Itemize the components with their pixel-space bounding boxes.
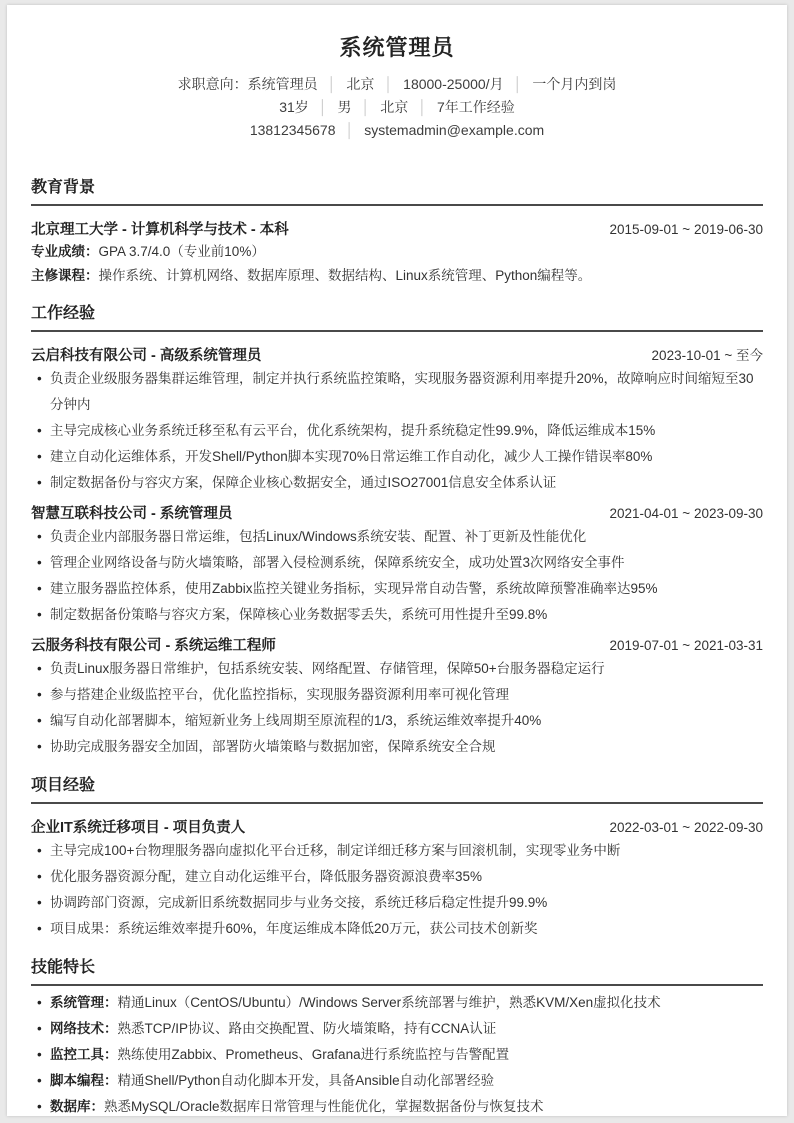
skill-label: 监控工具： [50, 1047, 118, 1062]
resume-title: 系统管理员 [31, 33, 763, 63]
bullet-item: 建立自动化运维体系，开发Shell/Python脚本实现70%日常运维工作自动化… [31, 444, 763, 470]
separator-bar: │ [319, 99, 328, 115]
entry-date-range: 2021-04-01 ~ 2023-09-30 [610, 504, 764, 524]
intent-item: 系统管理员 [248, 76, 318, 92]
bullet-item: 系统管理：精通Linux（CentOS/Ubuntu）/Windows Serv… [31, 990, 763, 1016]
contact-item: systemadmin@example.com [364, 122, 544, 138]
bullet-item: 负责企业级服务器集群运维管理，制定并执行系统监控策略，实现服务器资源利用率提升2… [31, 366, 763, 418]
info-item: 31岁 [279, 99, 309, 115]
bullet-item: 协助完成服务器安全加固，部署防火墙策略与数据加密，保障系统安全合规 [31, 734, 763, 760]
bullet-item: 优化服务器资源分配，建立自动化运维平台，降低服务器资源浪费率35% [31, 864, 763, 890]
bullet-list: 主导完成100+台物理服务器向虚拟化平台迁移，制定详细迁移方案与回滚机制，实现零… [31, 838, 763, 942]
entry: 企业IT系统迁移项目 - 项目负责人2022-03-01 ~ 2022-09-3… [31, 818, 763, 942]
bullet-item: 管理企业网络设备与防火墙策略，部署入侵检测系统，保障系统安全，成功处置3次网络安… [31, 550, 763, 576]
section-work-experience: 工作经验云启科技有限公司 - 高级系统管理员2023-10-01 ~ 至今负责企… [31, 304, 763, 760]
contact-item: 13812345678 [250, 122, 336, 138]
personal-info-line: 31岁│男│北京│7年工作经验 [31, 96, 763, 119]
separator-bar: │ [384, 76, 393, 92]
skill-label: 系统管理： [50, 995, 118, 1010]
bullet-item: 网络技术：熟悉TCP/IP协议、路由交换配置、防火墙策略，持有CCNA认证 [31, 1016, 763, 1042]
entry: 云启科技有限公司 - 高级系统管理员2023-10-01 ~ 至今负责企业级服务… [31, 346, 763, 496]
entry: 北京理工大学 - 计算机科学与技术 - 本科2015-09-01 ~ 2019-… [31, 220, 763, 288]
entry-title: 云启科技有限公司 - 高级系统管理员 [31, 346, 261, 366]
skill-label: 网络技术： [50, 1021, 118, 1036]
bullet-list: 负责企业内部服务器日常运维，包括Linux/Windows系统安装、配置、补丁更… [31, 524, 763, 628]
entry-date-range: 2015-09-01 ~ 2019-06-30 [610, 220, 764, 240]
detail-text: GPA 3.7/4.0（专业前10%） [99, 244, 265, 259]
bullet-item: 主导完成100+台物理服务器向虚拟化平台迁移，制定详细迁移方案与回滚机制，实现零… [31, 838, 763, 864]
section-project-experience: 项目经验企业IT系统迁移项目 - 项目负责人2022-03-01 ~ 2022-… [31, 776, 763, 942]
info-item: 7年工作经验 [437, 99, 515, 115]
bullet-list: 负责企业级服务器集群运维管理，制定并执行系统监控策略，实现服务器资源利用率提升2… [31, 366, 763, 496]
skill-text: 熟练使用Zabbix、Prometheus、Grafana进行系统监控与告警配置 [118, 1047, 510, 1062]
intent-item: 北京 [346, 76, 374, 92]
separator-bar: │ [514, 76, 523, 92]
bullet-list: 负责Linux服务器日常维护，包括系统安装、网络配置、存储管理，保障50+台服务… [31, 656, 763, 760]
skill-text: 熟悉MySQL/Oracle数据库日常管理与性能优化，掌握数据备份与恢复技术 [104, 1099, 544, 1114]
intent-item: 18000-25000/月 [403, 76, 503, 92]
entry: 系统管理：精通Linux（CentOS/Ubuntu）/Windows Serv… [31, 990, 763, 1116]
bullet-item: 主导完成核心业务系统迁移至私有云平台，优化系统架构，提升系统稳定性99.9%，降… [31, 418, 763, 444]
separator-bar: │ [328, 76, 337, 92]
separator-bar: │ [418, 99, 427, 115]
resume-page: 系统管理员 求职意向：系统管理员│北京│18000-25000/月│一个月内到岗… [7, 5, 787, 1116]
entry-date-range: 2023-10-01 ~ 至今 [652, 346, 763, 366]
section-title: 技能特长 [31, 958, 763, 986]
contact-line: 13812345678│systemadmin@example.com [31, 119, 763, 142]
entry-header: 企业IT系统迁移项目 - 项目负责人2022-03-01 ~ 2022-09-3… [31, 818, 763, 838]
bullet-item: 项目成果：系统运维效率提升60%，年度运维成本降低20万元，获公司技术创新奖 [31, 916, 763, 942]
bullet-item: 建立服务器监控体系，使用Zabbix监控关键业务指标，实现异常自动告警，系统故障… [31, 576, 763, 602]
entry-title: 智慧互联科技公司 - 系统管理员 [31, 504, 232, 524]
entry: 智慧互联科技公司 - 系统管理员2021-04-01 ~ 2023-09-30负… [31, 504, 763, 628]
bullet-item: 脚本编程：精通Shell/Python自动化脚本开发，具备Ansible自动化部… [31, 1068, 763, 1094]
entry-title: 企业IT系统迁移项目 - 项目负责人 [31, 818, 245, 838]
detail-label: 专业成绩： [31, 244, 99, 259]
bullet-item: 数据库：熟悉MySQL/Oracle数据库日常管理与性能优化，掌握数据备份与恢复… [31, 1094, 763, 1116]
detail-text: 操作系统、计算机网络、数据库原理、数据结构、Linux系统管理、Python编程… [99, 268, 592, 283]
separator-bar: │ [345, 122, 354, 138]
entry-title: 云服务科技有限公司 - 系统运维工程师 [31, 636, 276, 656]
bullet-item: 负责企业内部服务器日常运维，包括Linux/Windows系统安装、配置、补丁更… [31, 524, 763, 550]
entry: 云服务科技有限公司 - 系统运维工程师2019-07-01 ~ 2021-03-… [31, 636, 763, 760]
job-intent-line: 求职意向：系统管理员│北京│18000-25000/月│一个月内到岗 [31, 73, 763, 96]
entry-detail: 专业成绩：GPA 3.7/4.0（专业前10%） [31, 240, 763, 264]
entry-detail: 主修课程：操作系统、计算机网络、数据库原理、数据结构、Linux系统管理、Pyt… [31, 264, 763, 288]
skill-text: 精通Linux（CentOS/Ubuntu）/Windows Server系统部… [118, 995, 661, 1010]
entry-title: 北京理工大学 - 计算机科学与技术 - 本科 [31, 220, 289, 240]
section-title: 教育背景 [31, 178, 763, 206]
entry-header: 智慧互联科技公司 - 系统管理员2021-04-01 ~ 2023-09-30 [31, 504, 763, 524]
bullet-list: 系统管理：精通Linux（CentOS/Ubuntu）/Windows Serv… [31, 990, 763, 1116]
skill-label: 数据库： [50, 1099, 104, 1114]
entry-date-range: 2019-07-01 ~ 2021-03-31 [610, 636, 764, 656]
info-item: 男 [338, 99, 352, 115]
line-label: 求职意向： [178, 76, 248, 92]
section-title: 工作经验 [31, 304, 763, 332]
section-title: 项目经验 [31, 776, 763, 804]
skill-text: 精通Shell/Python自动化脚本开发，具备Ansible自动化部署经验 [118, 1073, 495, 1088]
skill-label: 脚本编程： [50, 1073, 118, 1088]
detail-label: 主修课程： [31, 268, 99, 283]
bullet-item: 参与搭建企业级监控平台，优化监控指标，实现服务器资源利用率可视化管理 [31, 682, 763, 708]
info-item: 北京 [380, 99, 408, 115]
entry-header: 云服务科技有限公司 - 系统运维工程师2019-07-01 ~ 2021-03-… [31, 636, 763, 656]
separator-bar: │ [362, 99, 371, 115]
bullet-item: 负责Linux服务器日常维护，包括系统安装、网络配置、存储管理，保障50+台服务… [31, 656, 763, 682]
intent-item: 一个月内到岗 [532, 76, 616, 92]
section-skills: 技能特长系统管理：精通Linux（CentOS/Ubuntu）/Windows … [31, 958, 763, 1116]
bullet-item: 监控工具：熟练使用Zabbix、Prometheus、Grafana进行系统监控… [31, 1042, 763, 1068]
resume-header: 系统管理员 求职意向：系统管理员│北京│18000-25000/月│一个月内到岗… [31, 33, 763, 142]
bullet-item: 制定数据备份策略与容灾方案，保障核心业务数据零丢失，系统可用性提升至99.8% [31, 602, 763, 628]
bullet-item: 编写自动化部署脚本，缩短新业务上线周期至原流程的1/3，系统运维效率提升40% [31, 708, 763, 734]
section-education: 教育背景北京理工大学 - 计算机科学与技术 - 本科2015-09-01 ~ 2… [31, 178, 763, 288]
entry-header: 北京理工大学 - 计算机科学与技术 - 本科2015-09-01 ~ 2019-… [31, 220, 763, 240]
skill-text: 熟悉TCP/IP协议、路由交换配置、防火墙策略，持有CCNA认证 [118, 1021, 497, 1036]
entry-header: 云启科技有限公司 - 高级系统管理员2023-10-01 ~ 至今 [31, 346, 763, 366]
bullet-item: 制定数据备份与容灾方案，保障企业核心数据安全，通过ISO27001信息安全体系认… [31, 470, 763, 496]
bullet-item: 协调跨部门资源，完成新旧系统数据同步与业务交接，系统迁移后稳定性提升99.9% [31, 890, 763, 916]
resume-body: 教育背景北京理工大学 - 计算机科学与技术 - 本科2015-09-01 ~ 2… [31, 178, 763, 1116]
entry-date-range: 2022-03-01 ~ 2022-09-30 [610, 818, 764, 838]
